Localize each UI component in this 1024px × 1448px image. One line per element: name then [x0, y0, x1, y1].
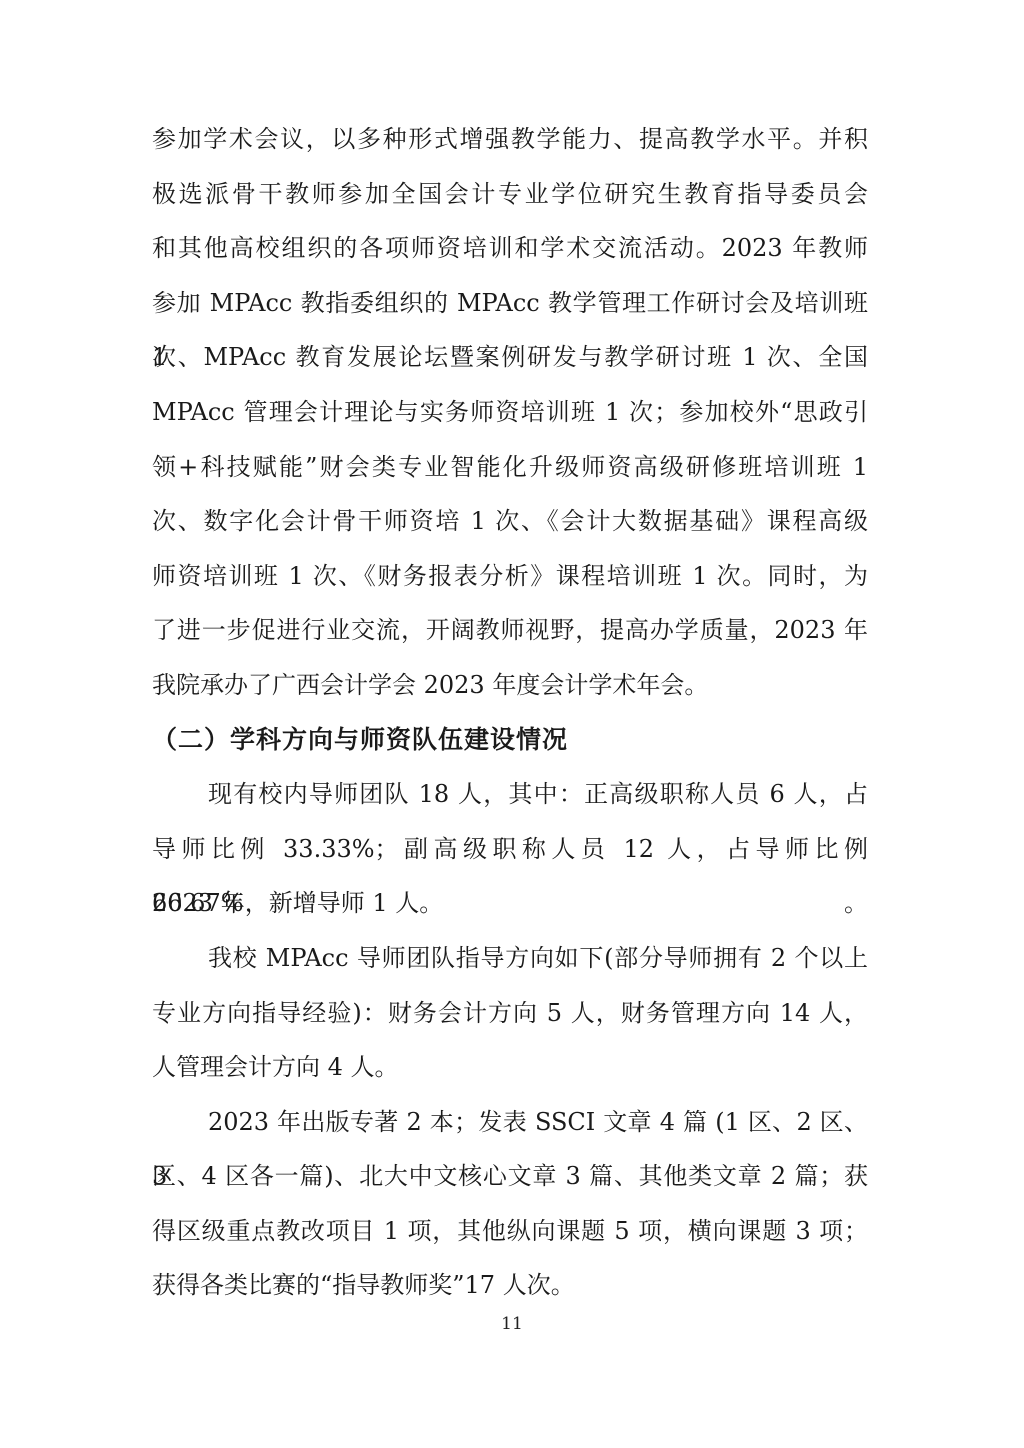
- text-line: 次、MPAcc 教育发展论坛暨案例研发与教学研讨班 1 次、全国: [152, 330, 868, 385]
- document-page: 参加学术会议，以多种形式增强教学能力、提高教学水平。并积 极选派骨干教师参加全国…: [0, 0, 1024, 1448]
- text-line: 参加学术会议，以多种形式增强教学能力、提高教学水平。并积: [152, 112, 868, 167]
- text-line: 师资培训班 1 次、《财务报表分析》课程培训班 1 次。同时，为: [152, 549, 868, 604]
- text-line: 我院承办了广西会计学会 2023 年度会计学术年会。: [152, 658, 868, 713]
- paragraph-teacher-training: 参加学术会议，以多种形式增强教学能力、提高教学水平。并积 极选派骨干教师参加全国…: [152, 112, 868, 713]
- text-line: 得区级重点教改项目 1 项，其他纵向课题 5 项，横向课题 3 项；: [152, 1204, 868, 1259]
- text-line: 了进一步促进行业交流，开阔教师视野，提高办学质量，2023 年: [152, 603, 868, 658]
- paragraph-faculty-team: 现有校内导师团队 18 人，其中：正高级职称人员 6 人，占 导师比例 33.3…: [152, 767, 868, 931]
- text-line: 极选派骨干教师参加全国会计专业学位研究生教育指导委员会: [152, 167, 868, 222]
- text-line: 次、数字化会计骨干师资培 1 次、《会计大数据基础》课程高级: [152, 494, 868, 549]
- paragraph-achievements: 2023 年出版专著 2 本；发表 SSCI 文章 4 篇 (1 区、2 区、3…: [152, 1095, 868, 1313]
- page-number: 11: [0, 1312, 1024, 1336]
- section-heading: （二）学科方向与师资队伍建设情况: [152, 713, 868, 768]
- text-line: 获得各类比赛的“指导教师奖”17 人次。: [152, 1258, 868, 1313]
- text-line: 参加 MPAcc 教指委组织的 MPAcc 教学管理工作研讨会及培训班 1: [152, 276, 868, 331]
- text-line: 现有校内导师团队 18 人，其中：正高级职称人员 6 人，占: [152, 767, 868, 822]
- text-line: 导师比例 33.33%；副高级职称人员 12 人，占导师比例 66.67%。: [152, 822, 868, 877]
- text-line: MPAcc 管理会计理论与实务师资培训班 1 次；参加校外“思政引: [152, 385, 868, 440]
- paragraph-mentor-directions: 我校 MPAcc 导师团队指导方向如下(部分导师拥有 2 个以上 专业方向指导经…: [152, 931, 868, 1095]
- text-line: 领+科技赋能”财会类专业智能化升级师资高级研修班培训班 1: [152, 440, 868, 495]
- page-body-text: 参加学术会议，以多种形式增强教学能力、提高教学水平。并积 极选派骨干教师参加全国…: [152, 112, 868, 1313]
- text-line: 和其他高校组织的各项师资培训和学术交流活动。2023 年教师: [152, 221, 868, 276]
- text-line: 专业方向指导经验)：财务会计方向 5 人，财务管理方向 14 人，: [152, 986, 868, 1041]
- text-line: 人管理会计方向 4 人。: [152, 1040, 868, 1095]
- text-line: 我校 MPAcc 导师团队指导方向如下(部分导师拥有 2 个以上: [152, 931, 868, 986]
- text-line: 2023 年出版专著 2 本；发表 SSCI 文章 4 篇 (1 区、2 区、3: [152, 1095, 868, 1150]
- text-line: 区、4 区各一篇)、北大中文核心文章 3 篇、其他类文章 2 篇；获: [152, 1149, 868, 1204]
